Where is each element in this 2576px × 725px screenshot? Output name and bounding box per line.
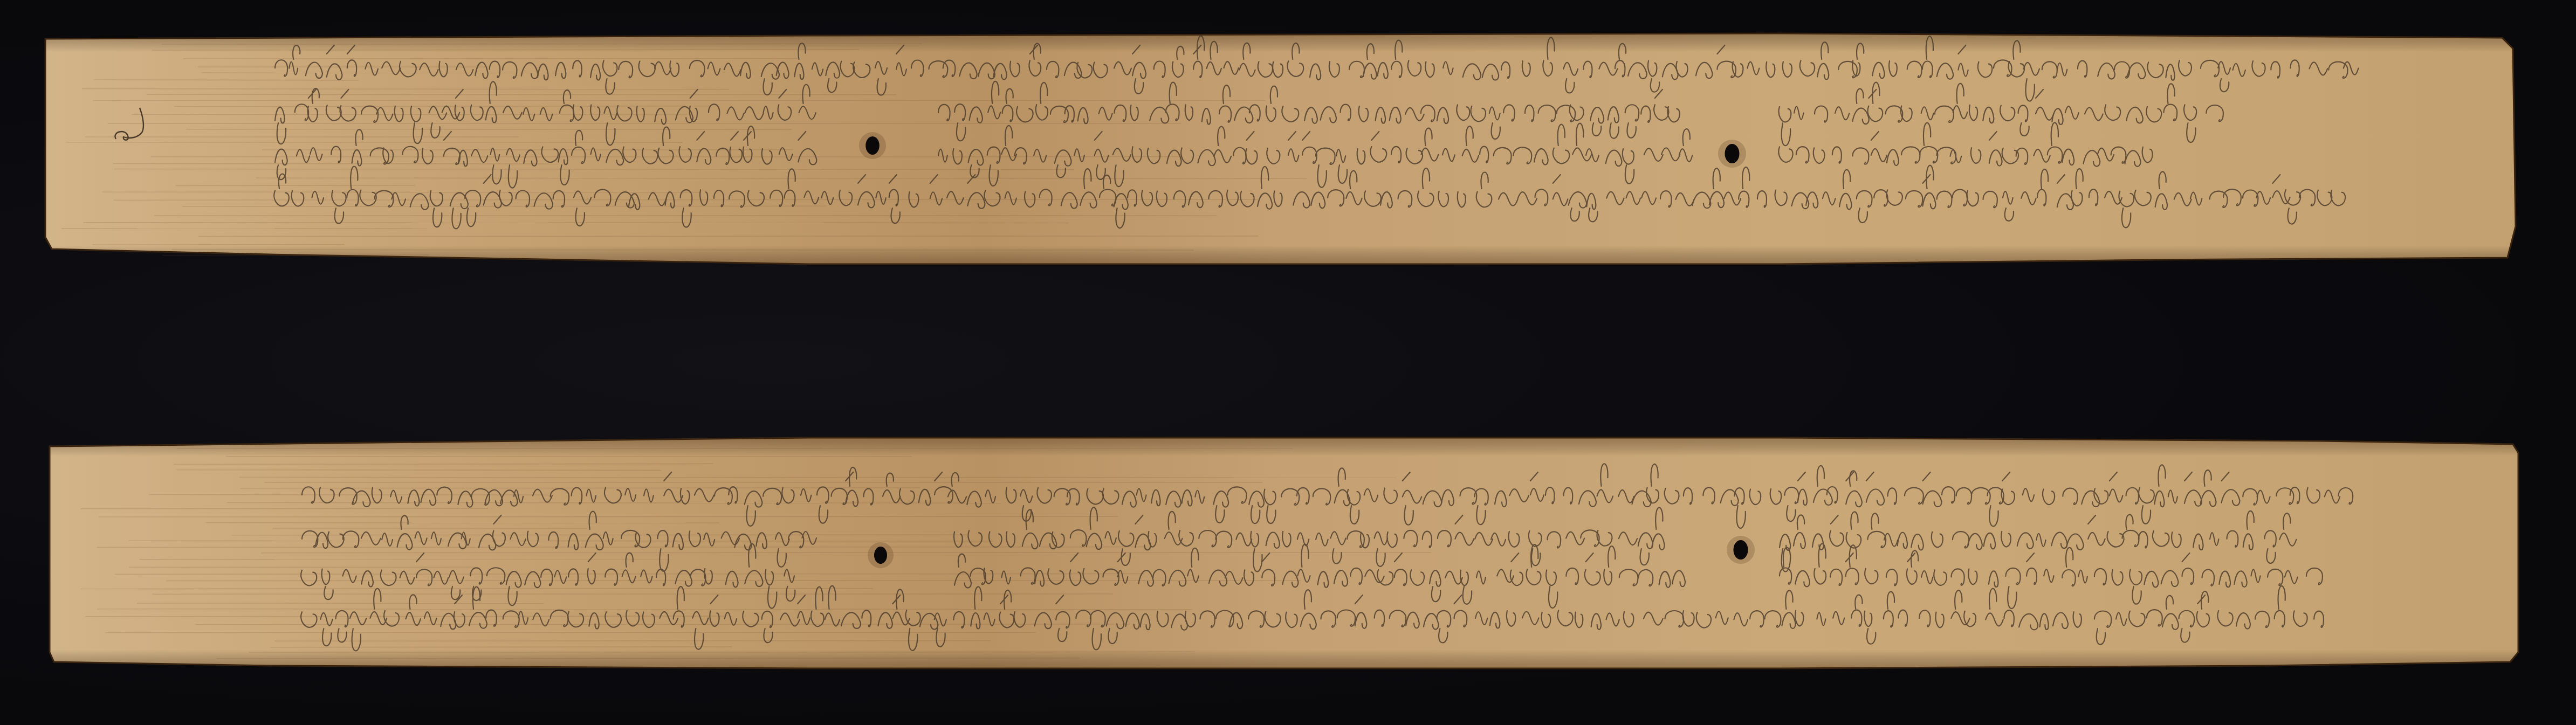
palm-leaf-bottom — [0, 0, 2576, 725]
binding-hole-1 — [874, 547, 887, 564]
binding-hole-2 — [1734, 540, 1748, 560]
leaf-bottom-svg — [0, 0, 2576, 725]
